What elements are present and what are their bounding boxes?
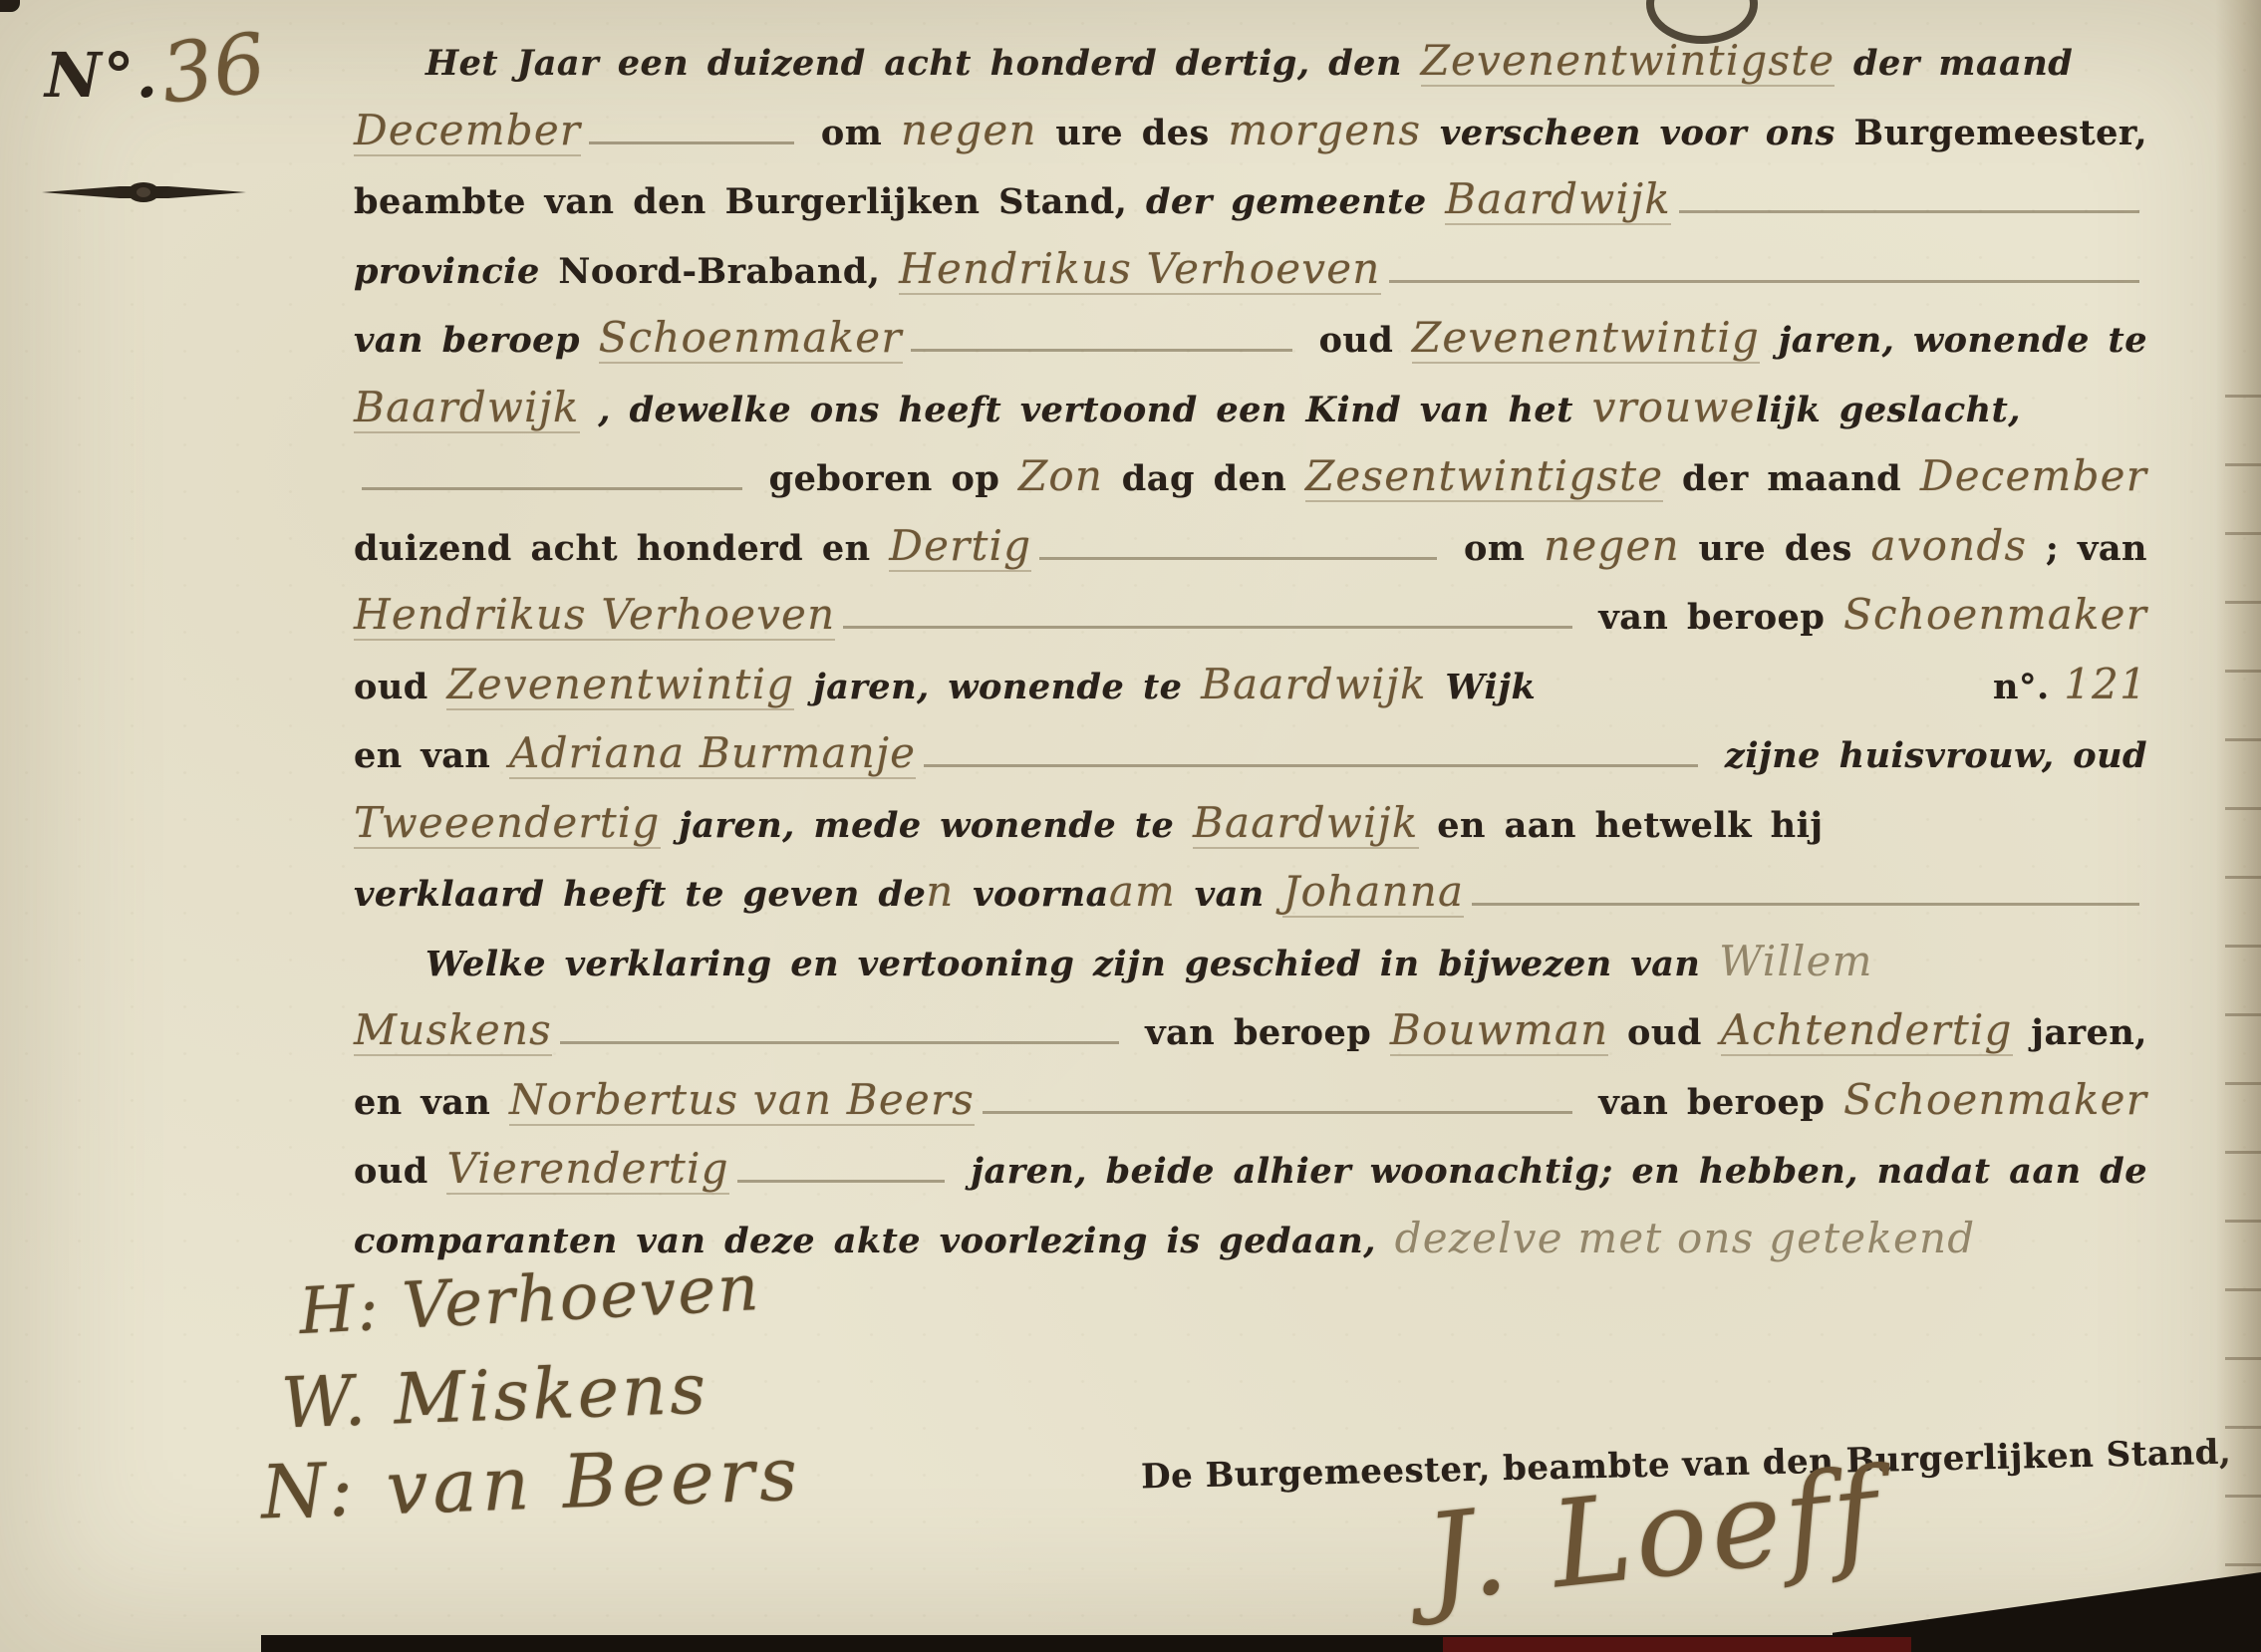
handwritten-entry: Baardwijk [1193, 798, 1419, 849]
blank-rule [737, 1172, 945, 1183]
blank-rule [1472, 895, 2139, 906]
printed-text: geboren op [750, 458, 1018, 499]
handwritten-entry: Hendrikus Verhoeven [899, 244, 1380, 295]
printed-text: dag den [1103, 458, 1305, 499]
printed-text: Noord-Braband, [558, 251, 899, 292]
printed-text: n°. [1993, 667, 2050, 707]
handwritten-entry: vrouwe [1592, 383, 1756, 431]
handwritten-entry: am [1109, 867, 1176, 916]
printed-text: verklaard heeft te geven de [354, 874, 926, 915]
printed-text: provincie [354, 251, 558, 292]
printed-text: zijne huisvrouw, oud [1706, 735, 2147, 776]
printed-text: om [802, 113, 901, 153]
printed-text: beambte van den Burgerlijken Stand, [354, 181, 1146, 222]
printed-text: en van [354, 1082, 509, 1123]
spacer [1536, 694, 1993, 698]
handwritten-entry: Schoenmaker [599, 313, 903, 364]
blank-rule [1679, 202, 2139, 213]
printed-text: van beroep [1580, 1082, 1843, 1123]
handwritten-entry: Dertig [889, 521, 1031, 572]
printed-text: jaren, [2013, 1012, 2147, 1053]
printed-text: jaren, mede wonende te [661, 805, 1193, 846]
printed-text: Welke verklaring en vertooning zijn gesc… [425, 944, 1719, 984]
handwritten-entry: Willem [1719, 937, 1873, 985]
blank-rule [1389, 272, 2139, 283]
blank-rule [983, 1103, 1572, 1114]
birth-act-page: N°.36 Het Jaar een duizend acht honderd … [0, 0, 2261, 1652]
handwritten-entry: Schoenmaker [1843, 590, 2147, 639]
handwritten-entry: Baardwijk [1445, 174, 1671, 225]
blank-rule [911, 341, 1292, 352]
signature-van-beers: N: van Beers [260, 1432, 804, 1536]
handwritten-entry: 121 [2050, 660, 2147, 708]
blank-rule [589, 134, 794, 144]
printed-text: jaren, beide alhier woonachtig; en hebbe… [953, 1151, 2147, 1192]
handwritten-entry: Zevenentwintig [446, 660, 794, 710]
printed-text: oud [354, 1151, 446, 1192]
blank-rule [560, 1033, 1119, 1044]
printed-text: verscheen voor ons [1421, 113, 1853, 153]
act-line: duizend acht honderd en Dertig om negen … [354, 521, 2147, 591]
printed-text: ; van [2027, 528, 2147, 569]
scan-corner-mark [0, 0, 20, 12]
printed-text: om [1445, 528, 1544, 569]
printed-text: van beroep [1580, 597, 1843, 638]
printed-text: lijk geslacht, [1756, 390, 2021, 430]
printed-text: Het Jaar een duizend acht honderd dertig… [425, 43, 1421, 84]
act-number-label: N°. [45, 39, 159, 112]
book-spine-red [1443, 1637, 1911, 1652]
handwritten-entry: Vierendertig [446, 1144, 728, 1195]
act-line: Hendrikus Verhoeven van beroep Schoenmak… [354, 590, 2147, 660]
handwritten-entry: Zevenentwintigste [1421, 36, 1836, 87]
act-line: verklaard heeft te geven den voornaam va… [354, 867, 2147, 937]
act-line: Baardwijk , dewelke ons heeft vertoond e… [354, 383, 2147, 452]
printed-text: jaren, wonende te [1760, 320, 2147, 361]
handwritten-entry: Norbertus van Beers [509, 1075, 975, 1126]
printed-text: oud [354, 667, 446, 707]
handwritten-entry: negen [1544, 521, 1680, 570]
blank-rule [924, 756, 1698, 767]
handwritten-entry: Achtendertig [1721, 1005, 2013, 1056]
act-line: Tweeendertig jaren, mede wonende te Baar… [354, 798, 2147, 868]
act-line: oud Zevenentwintig jaren, wonende te Baa… [354, 660, 2147, 729]
handwritten-entry: December [1920, 451, 2147, 500]
handwritten-entry: morgens [1228, 106, 1421, 154]
printed-text: der maand [1835, 43, 2073, 84]
printed-text: oud [1300, 320, 1412, 361]
printed-text: ure des [1680, 528, 1871, 569]
printed-text: jaren, wonende te [794, 667, 1201, 707]
act-line: van beroep Schoenmaker oud Zevenentwinti… [354, 313, 2147, 383]
signature-muskens: W. Miskens [280, 1348, 710, 1445]
printed-text: duizend acht honderd en [354, 528, 889, 569]
handwritten-entry: Zesentwintigste [1305, 451, 1663, 502]
handwritten-entry: Adriana Burmanje [509, 728, 916, 779]
printed-text: en van [354, 735, 509, 776]
printed-text: der maand [1663, 458, 1920, 499]
act-line: en van Adriana Burmanje zijne huisvrouw,… [354, 728, 2147, 798]
handwritten-entry: n [926, 867, 954, 916]
act-line: Muskens van beroep Bouwman oud Achtender… [354, 1005, 2147, 1075]
printed-text: van beroep [354, 320, 599, 361]
blank-rule [843, 618, 1571, 629]
printed-text: Wijk [1427, 667, 1537, 707]
handwritten-entry: Zon [1018, 451, 1103, 500]
blank-rule [362, 479, 742, 490]
handwritten-entry: Muskens [354, 1005, 552, 1056]
act-line: Het Jaar een duizend acht honderd dertig… [354, 36, 2147, 106]
handwritten-entry: Baardwijk [1201, 660, 1427, 708]
printed-text: van beroep [1127, 1012, 1390, 1053]
act-number-value: 36 [156, 16, 271, 123]
handwritten-entry: December [354, 106, 581, 156]
printed-text: Burgemeester, [1854, 113, 2148, 153]
handwritten-entry: Zevenentwintig [1412, 313, 1760, 364]
printed-text: , dewelke ons heeft vertoond een Kind va… [580, 390, 1592, 430]
handwritten-entry: Bouwman [1390, 1005, 1608, 1056]
handwritten-entry: avonds [1870, 521, 2027, 570]
handwritten-entry: dezelve met ons getekend [1395, 1214, 1976, 1262]
act-line: provincie Noord-Braband, Hendrikus Verho… [354, 244, 2147, 314]
printed-text: comparanten van deze akte voorlezing is … [354, 1221, 1395, 1261]
blank-rule [1039, 549, 1437, 560]
act-line: oud Vierendertig jaren, beide alhier woo… [354, 1144, 2147, 1214]
act-number: N°.36 [45, 22, 266, 117]
printed-text: der gemeente [1146, 181, 1445, 222]
handwritten-entry: Johanna [1282, 867, 1464, 918]
printed-text: en aan hetwelk hij [1419, 805, 1824, 846]
printed-text: ure des [1037, 113, 1229, 153]
handwritten-entry: negen [901, 106, 1037, 154]
act-line: en van Norbertus van Beers van beroep Sc… [354, 1075, 2147, 1145]
divider-ornament-icon [42, 181, 246, 203]
handwritten-entry: Tweeendertig [354, 798, 661, 849]
act-line: Welke verklaring en vertooning zijn gesc… [354, 937, 2147, 1006]
act-line: geboren op Zon dag den Zesentwintigste d… [354, 451, 2147, 521]
handwritten-entry: Schoenmaker [1843, 1075, 2147, 1124]
handwritten-entry: Baardwijk [354, 383, 580, 433]
printed-text: voorna [955, 874, 1109, 915]
act-line: beambte van den Burgerlijken Stand, der … [354, 174, 2147, 244]
printed-text: van [1176, 874, 1282, 915]
printed-text: oud [1608, 1012, 1720, 1053]
handwritten-entry: Hendrikus Verhoeven [354, 590, 835, 641]
act-line: December om negen ure des morgens versch… [354, 106, 2147, 175]
act-body: Het Jaar een duizend acht honderd dertig… [354, 36, 2147, 1282]
page-edge-lines [2225, 329, 2261, 1584]
